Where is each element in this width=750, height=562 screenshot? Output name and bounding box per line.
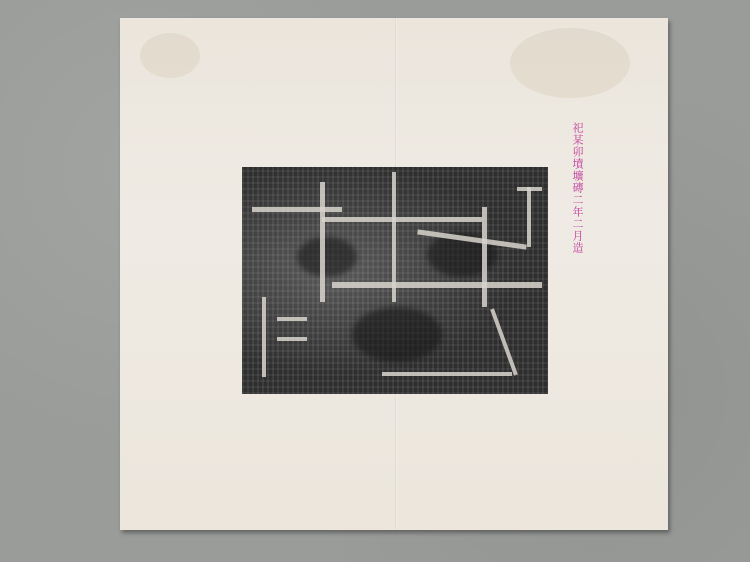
glyph-stroke <box>277 337 307 341</box>
glyph-stroke <box>320 182 325 302</box>
ink-blot <box>297 237 357 277</box>
handwritten-inscription: 祀某卯墳壙磚二年二月造 <box>556 122 584 254</box>
glyph-stroke <box>322 217 482 222</box>
paper-stain <box>140 33 200 78</box>
glyph-stroke <box>382 372 512 376</box>
glyph-stroke <box>392 172 396 302</box>
glyph-stroke <box>332 282 542 288</box>
glyph-stroke <box>262 297 266 377</box>
glyph-stroke <box>490 308 518 375</box>
glyph-stroke <box>527 187 531 247</box>
album-leaf: 祀某卯墳壙磚二年二月造 <box>120 18 668 530</box>
glyph-stroke <box>252 207 342 212</box>
paper-stain <box>510 28 630 98</box>
glyph-stroke <box>482 207 487 307</box>
ink-blot <box>352 307 442 362</box>
glyph-stroke <box>277 317 307 321</box>
ink-rubbing <box>242 167 548 394</box>
